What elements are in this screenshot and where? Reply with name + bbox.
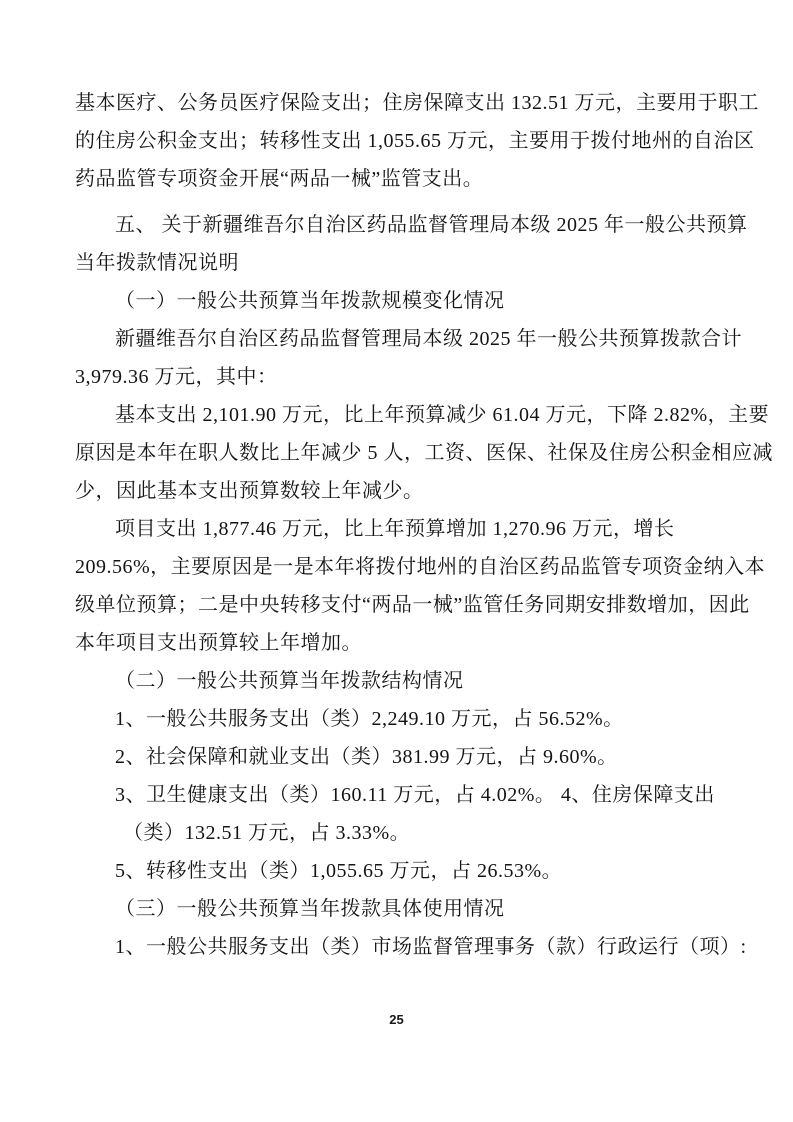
text-line: 基本支出 2,101.90 万元，比上年预算减少 61.04 万元，下降 2.8… xyxy=(75,396,735,434)
page-number: 25 xyxy=(0,1012,793,1027)
subsection-heading: （二）一般公共预算当年拨款结构情况 xyxy=(75,662,735,700)
text-line: 新疆维吾尔自治区药品监督管理局本级 2025 年一般公共预算拨款合计 xyxy=(75,320,735,358)
text-line: 级单位预算；二是中央转移支付“两品一械”监管任务同期安排数增加，因此 xyxy=(75,586,735,624)
list-item: 1、一般公共服务支出（类）2,249.10 万元，占 56.52%。 xyxy=(75,700,735,738)
text-line: 本年项目支出预算较上年增加。 xyxy=(75,624,735,662)
text-line: 209.56%，主要原因是一是本年将拨付地州的自治区药品监管专项资金纳入本 xyxy=(75,548,735,586)
list-item: 1、一般公共服务支出（类）市场监督管理事务（款）行政运行（项）: xyxy=(75,928,735,966)
text-line: 的住房公积金支出；转移性支出 1,055.65 万元，主要用于拨付地州的自治区 xyxy=(75,122,735,160)
text-line: 3,979.36 万元，其中： xyxy=(75,358,735,396)
subsection-heading: （三）一般公共预算当年拨款具体使用情况 xyxy=(75,890,735,928)
text-line: 基本医疗、公务员医疗保险支出；住房保障支出 132.51 万元，主要用于职工 xyxy=(75,84,735,122)
text-line: 药品监管专项资金开展“两品一械”监管支出。 xyxy=(75,160,735,198)
list-item: 2、社会保障和就业支出（类）381.99 万元，占 9.60%。 xyxy=(75,738,735,776)
text-line: 少，因此基本支出预算数较上年减少。 xyxy=(75,472,735,510)
text-line: 原因是本年在职人数比上年减少 5 人，工资、医保、社保及住房公积金相应减 xyxy=(75,434,735,472)
section-heading-line: 五、 关于新疆维吾尔自治区药品监督管理局本级 2025 年一般公共预算 xyxy=(75,206,735,244)
list-item: 3、卫生健康支出（类）160.11 万元，占 4.02%。 4、住房保障支出 xyxy=(75,776,735,814)
document-page: 基本医疗、公务员医疗保险支出；住房保障支出 132.51 万元，主要用于职工 的… xyxy=(0,0,793,1122)
list-item: 5、转移性支出（类）1,055.65 万元，占 26.53%。 xyxy=(75,852,735,890)
list-item-continuation: （类）132.51 万元，占 3.33%。 xyxy=(75,814,735,852)
section-heading-line: 当年拨款情况说明 xyxy=(75,244,735,282)
text-line: 项目支出 1,877.46 万元，比上年预算增加 1,270.96 万元，增长 xyxy=(75,510,735,548)
document-body: 基本医疗、公务员医疗保险支出；住房保障支出 132.51 万元，主要用于职工 的… xyxy=(75,84,735,966)
subsection-heading: （一）一般公共预算当年拨款规模变化情况 xyxy=(75,282,735,320)
